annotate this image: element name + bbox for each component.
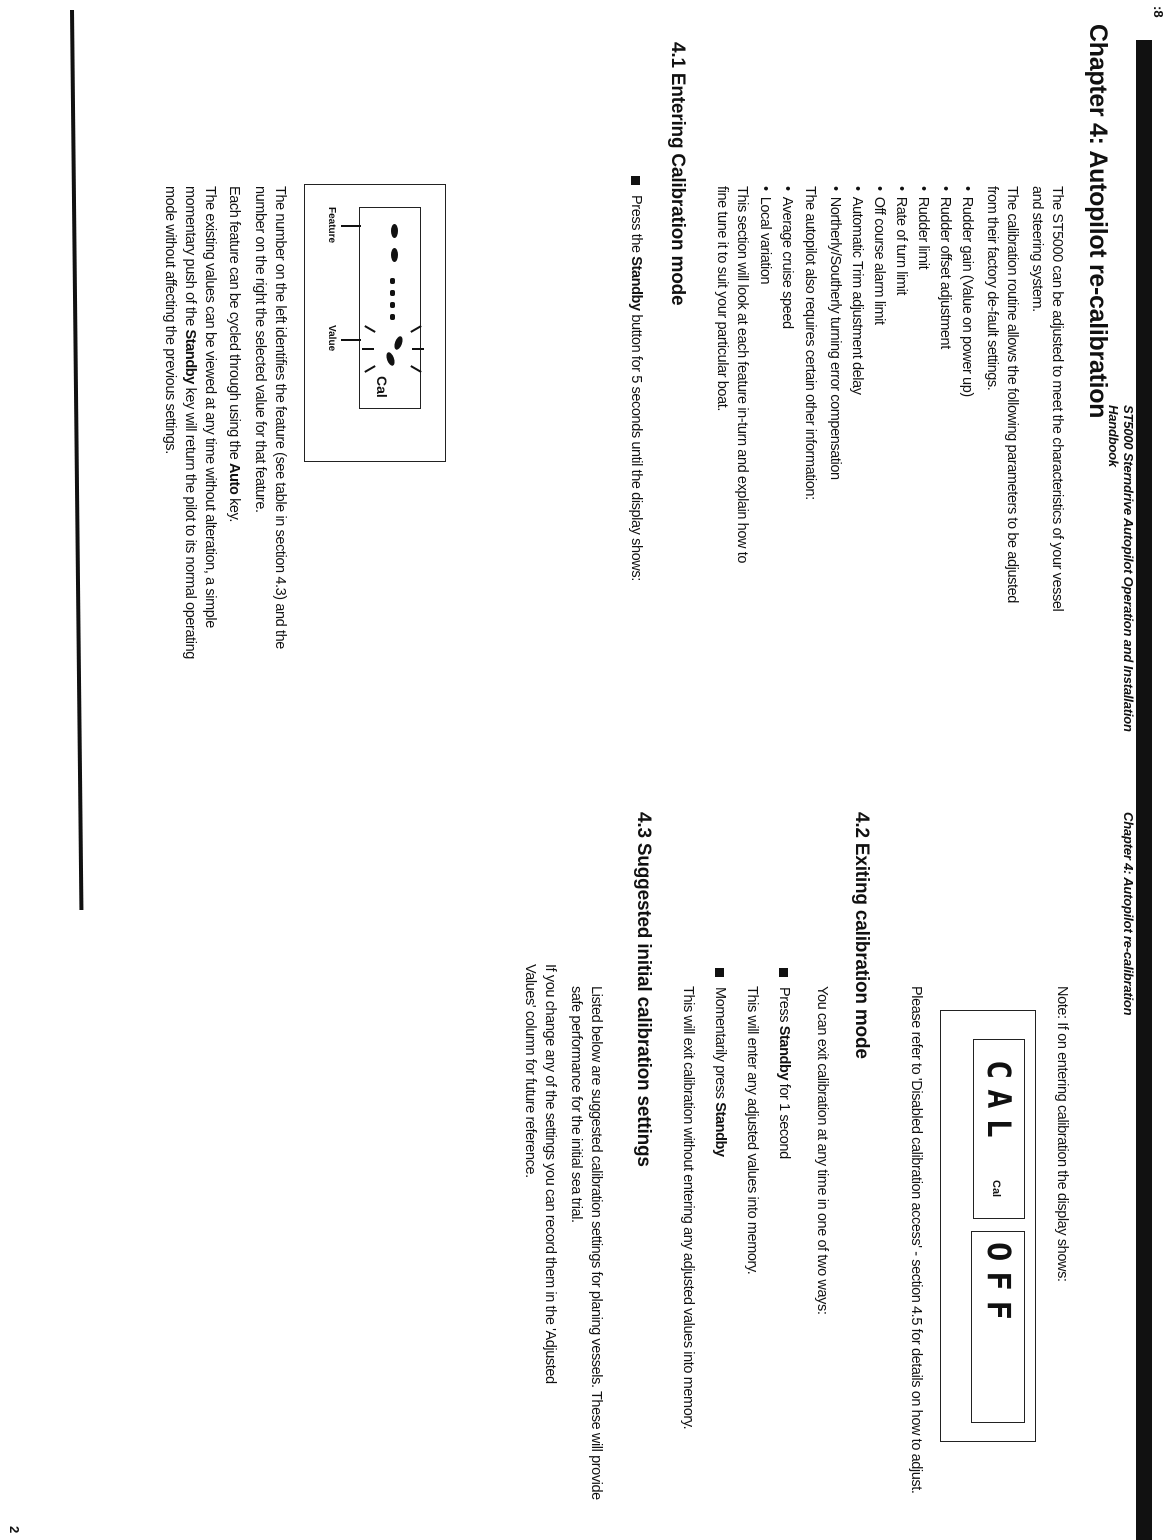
scanned-document-spread: :8 ST5000 Sterndrive Autopilot Operation… <box>0 0 1172 1540</box>
value-label: Value <box>326 325 337 351</box>
list-item: Rudder gain (Value on power up) <box>956 186 978 480</box>
flash-ray-icon <box>364 365 375 373</box>
lcd-left: CAL Cal <box>973 1039 1025 1219</box>
value-pointer-line <box>341 339 361 341</box>
step-bullet-icon <box>780 968 789 977</box>
flash-ray-icon <box>410 365 421 373</box>
feature-digit-icon <box>391 248 398 262</box>
lcd-display: Cal <box>359 207 421 409</box>
other-info-paragraph: The autopilot also requires certain othe… <box>800 186 820 500</box>
step-bullet-icon <box>716 968 725 977</box>
list-item: Northerly/Southerly turning error compen… <box>824 186 846 480</box>
enter-calibration-step: Press the Standby button for 5 seconds u… <box>628 176 644 581</box>
list-item: Rudder limit <box>912 186 934 480</box>
flash-ray-icon <box>362 348 374 350</box>
intro-paragraph: The ST5000 can be adjusted to meet the c… <box>1027 186 1067 626</box>
list-item: Off course alarm limit <box>868 186 890 480</box>
running-header: ST5000 Sterndrive Autopilot Operation an… <box>1106 405 1136 770</box>
feature-value-paragraph: The number on the left identifies the fe… <box>250 186 290 656</box>
other-info-list: Average cruise speed Local variation <box>754 186 798 329</box>
separator-dot-icon <box>390 278 395 284</box>
feature-label: Feature <box>326 207 337 243</box>
page-number: 2 <box>7 1526 22 1533</box>
exit-step-1-result: This will enter any adjusted values into… <box>742 986 762 1274</box>
flash-ray-icon <box>410 325 421 333</box>
section-4-3-heading: 4.3 Suggested initial calibration settin… <box>632 812 654 1167</box>
flash-ray-icon <box>412 348 424 350</box>
note-paragraph: Note: If on entering calibration the dis… <box>1052 986 1072 1282</box>
exit-step-2-result: This will exit calibration without enter… <box>678 986 698 1429</box>
separator-dot-icon <box>390 302 395 308</box>
step-text: Press the Standby button for 5 seconds u… <box>628 195 644 581</box>
calibration-paragraph: The calibration routine allows the follo… <box>982 186 1022 626</box>
step-bullet-icon <box>632 176 641 185</box>
exit-step-2: Momentarily press Standby <box>712 968 728 1157</box>
parameter-list: Rudder gain (Value on power up) Rudder o… <box>824 186 978 480</box>
cal-off-display-figure: CAL Cal OFF <box>940 1010 1036 1442</box>
section-4-2-heading: 4.2 Exiting calibration mode <box>850 812 872 1059</box>
running-header: Chapter 4: Autopilot re-calibration <box>1121 812 1136 1015</box>
list-item: Rate of turn limit <box>890 186 912 480</box>
chapter-title: Chapter 4: Autopilot re-calibration <box>1083 24 1112 418</box>
feature-pointer-line <box>341 225 361 227</box>
page-number: :8 <box>1151 6 1166 18</box>
exit-step-1: Press Standby for 1 second <box>776 968 792 1159</box>
list-item: Automatic Trim adjustment delay <box>846 186 868 480</box>
lcd-right: OFF <box>971 1231 1025 1423</box>
cycle-features-paragraph: Each feature can be cycled through using… <box>224 186 244 656</box>
section-4-1-heading: 4.1 Entering Calibration mode <box>666 42 688 305</box>
calibration-display-figure: Cal Feature Value <box>304 184 446 462</box>
step-text: Momentarily press Standby <box>712 987 728 1157</box>
step-text: Press Standby for 1 second <box>776 987 792 1159</box>
separator-dot-icon <box>390 290 395 296</box>
lcd-cal-tag: Cal <box>990 1180 1002 1197</box>
list-item: Rudder offset adjustment <box>934 186 956 480</box>
suggested-settings-paragraph: Listed below are suggested calibration s… <box>566 986 606 1506</box>
refer-paragraph: Please refer to 'Disabled calibration ac… <box>906 986 926 1506</box>
lcd-left-text: CAL <box>980 1060 1018 1148</box>
record-settings-paragraph: If you change any of the settings you ca… <box>520 964 560 1384</box>
value-digit-icon <box>385 351 396 367</box>
list-item: Average cruise speed <box>776 186 798 329</box>
right-page: Chapter 4: Autopilot re-calibration 2 No… <box>0 790 1172 1540</box>
section-overview-paragraph: This section will look at each feature i… <box>712 186 752 586</box>
feature-digit-icon <box>391 224 398 238</box>
cal-indicator: Cal <box>374 376 390 398</box>
list-item: Local variation <box>754 186 776 329</box>
view-values-paragraph: The existing values can be viewed at any… <box>160 186 220 676</box>
value-digit-icon <box>393 335 404 351</box>
left-page: :8 ST5000 Sterndrive Autopilot Operation… <box>0 0 1172 770</box>
header-rule <box>1136 810 1152 1540</box>
separator-dot-icon <box>390 314 395 320</box>
lcd-right-text: OFF <box>980 1242 1018 1330</box>
flash-ray-icon <box>364 325 375 333</box>
exit-intro-paragraph: You can exit calibration at any time in … <box>812 986 832 1314</box>
